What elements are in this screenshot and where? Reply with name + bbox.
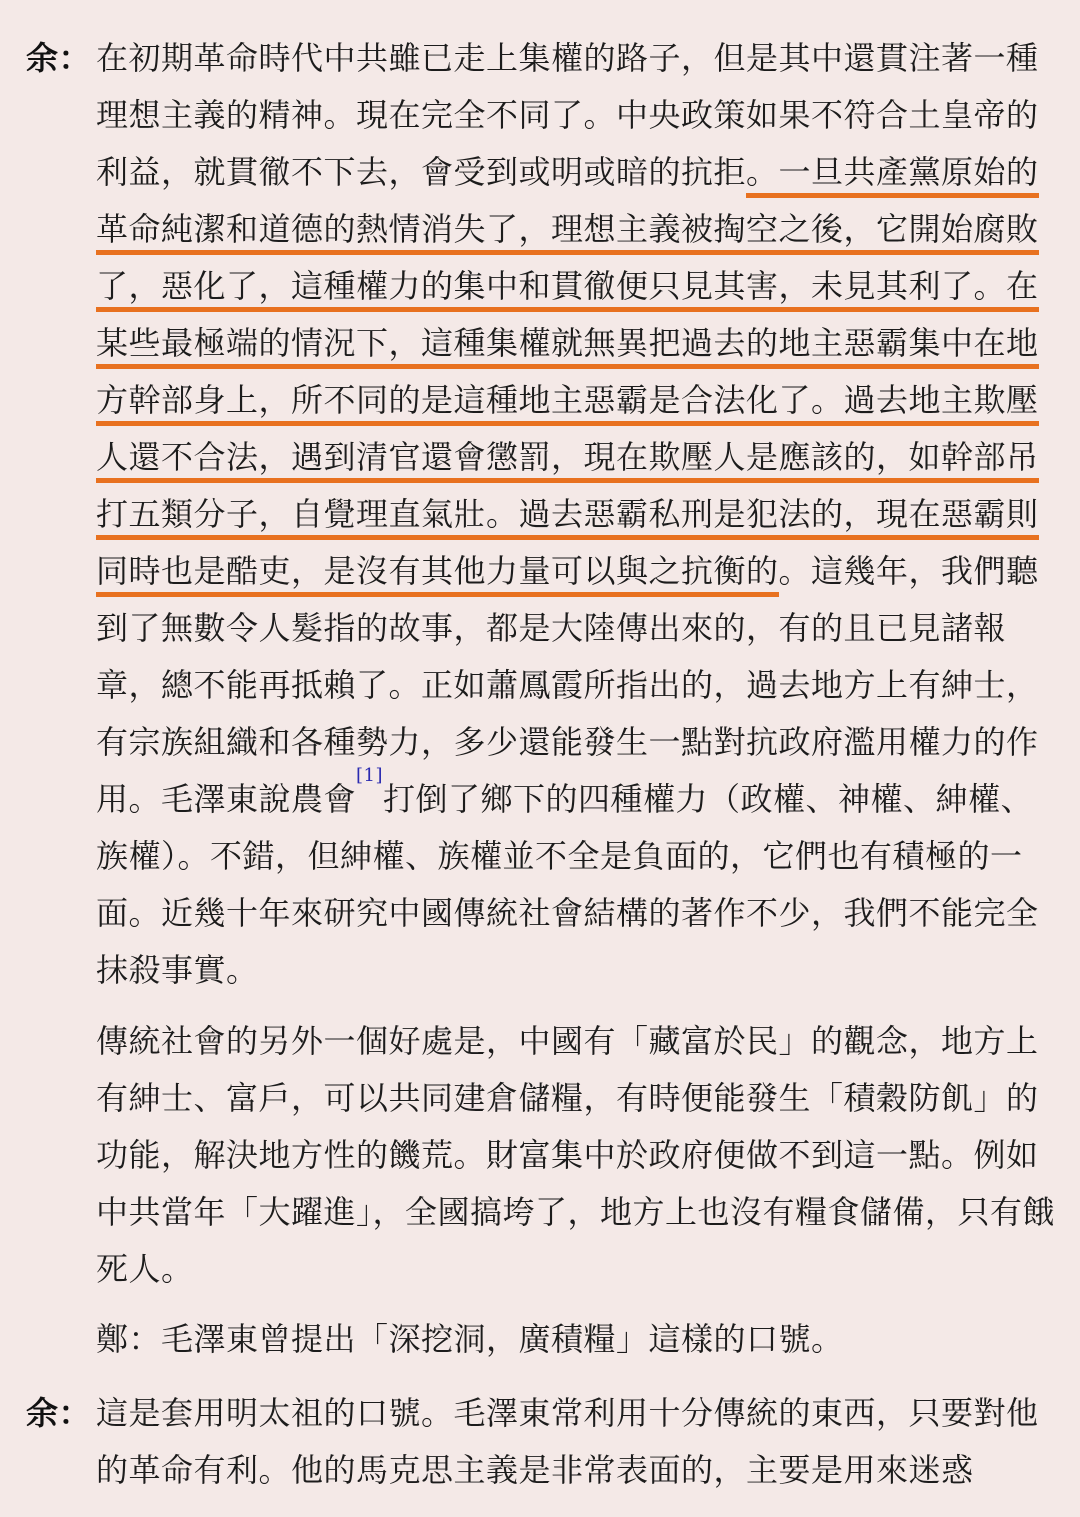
highlighted-passage[interactable]: 。一旦共產黨原始的革命純潔和道德的熱情消失了，理想主義被掏空之後，它開始腐敗了，… bbox=[96, 153, 1039, 597]
speaker-label: 余： bbox=[26, 1385, 91, 1442]
speaker-label: 余： bbox=[26, 30, 91, 87]
paragraph-yu-3: 余： 這是套用明太祖的口號。毛澤東常利用十分傳統的東西，只要對他的革命有利。他的… bbox=[0, 1385, 1080, 1499]
paragraph-zheng: 鄭：毛澤東曾提出「深挖洞，廣積糧」這樣的口號。 bbox=[0, 1311, 868, 1368]
paragraph-text: 這是套用明太祖的口號。毛澤東常利用十分傳統的東西，只要對他的革命有利。他的馬克思… bbox=[96, 1394, 1039, 1489]
paragraph-text: 鄭：毛澤東曾提出「深挖洞，廣積糧」這樣的口號。 bbox=[96, 1320, 844, 1358]
paragraph-yu-1: 余： 在初期革命時代中共雖已走上集權的路子，但是其中還貫注著一種理想主義的精神。… bbox=[0, 30, 1080, 999]
footnote-reference-link[interactable]: [1] bbox=[356, 765, 383, 786]
paragraph-text: 傳統社會的另外一個好處是，中國有「藏富於民」的觀念，地方上有紳士、富戶，可以共同… bbox=[96, 1022, 1055, 1288]
paragraph-yu-2: 傳統社會的另外一個好處是，中國有「藏富於民」的觀念，地方上有紳士、富戶，可以共同… bbox=[0, 1013, 1080, 1298]
